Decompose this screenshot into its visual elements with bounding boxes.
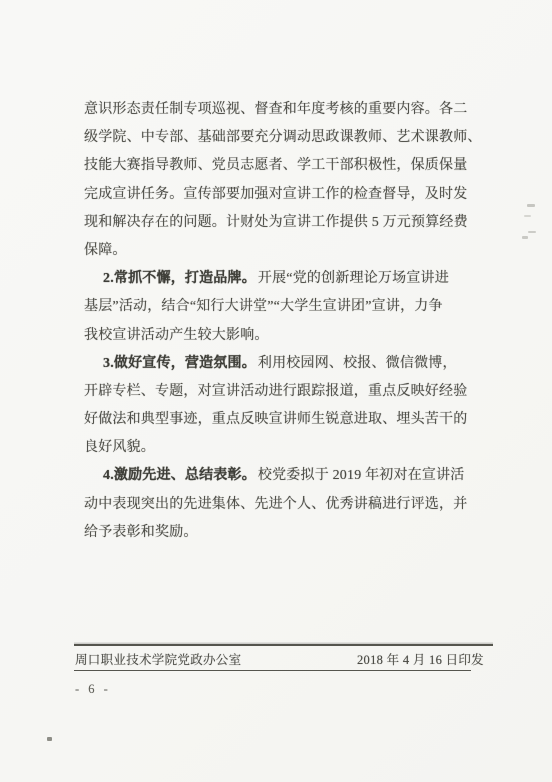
line-text: 现和解决存在的问题。计财处为宣讲工作提供 5 万元预算经费 (84, 215, 468, 230)
text-line: 给予表彰和奖励。 (82, 519, 484, 547)
footer-print-date: 2018 年 4 月 16 日印发 (357, 650, 484, 668)
line-text: 技能大赛指导教师、党员志愿者、学工干部积极性，保质保量 (84, 158, 467, 173)
line-text: 我校宣讲活动产生较大影响。 (84, 328, 269, 343)
page-number: - 6 - (75, 682, 111, 697)
line-text: 动中表现突出的先进集体、先进个人、优秀讲稿进行评选，并 (84, 497, 467, 512)
text-line: 级学院、中专部、基础部要充分调动思政课教师、艺术课教师、 (82, 124, 484, 152)
line-text: 利用校园网、校报、微信微博， (258, 356, 457, 371)
text-line: 我校宣讲活动产生较大影响。 (82, 322, 484, 350)
text-line: 现和解决存在的问题。计财处为宣讲工作提供 5 万元预算经费 (82, 209, 484, 237)
line-text: 意识形态责任制专项巡视、督查和年度考核的重要内容。各二 (84, 102, 467, 117)
line-text: 给予表彰和奖励。 (84, 525, 198, 540)
scan-artifact (527, 204, 535, 207)
scan-artifact (522, 236, 528, 239)
scan-artifact (47, 737, 52, 741)
document-page: 意识形态责任制专项巡视、督查和年度考核的重要内容。各二级学院、中专部、基础部要充… (0, 0, 552, 782)
line-bold-lead: 3.做好宣传，营造氛围。 (103, 356, 256, 371)
line-text: 良好风貌。 (84, 440, 155, 455)
line-text: 开展“党的创新理论万场宣讲进 (258, 271, 449, 286)
document-body: 意识形态责任制专项巡视、督查和年度考核的重要内容。各二级学院、中专部、基础部要充… (82, 96, 484, 547)
line-text: 好做法和典型事迹，重点反映宣讲师生锐意进取、埋头苦干的 (84, 412, 467, 427)
text-line: 好做法和典型事迹，重点反映宣讲师生锐意进取、埋头苦干的 (82, 406, 484, 434)
text-line: 3.做好宣传，营造氛围。利用校园网、校报、微信微博， (82, 350, 484, 378)
text-line: 意识形态责任制专项巡视、督查和年度考核的重要内容。各二 (82, 96, 484, 124)
text-line: 动中表现突出的先进集体、先进个人、优秀讲稿进行评选，并 (82, 491, 484, 519)
footer-top-rule (74, 644, 493, 646)
line-text: 级学院、中专部、基础部要充分调动思政课教师、艺术课教师、 (84, 130, 482, 145)
footer-issuing-office: 周口职业技术学院党政办公室 (75, 650, 241, 668)
line-text: 校党委拟于 2019 年初对在宣讲活 (258, 468, 465, 483)
text-line: 保障。 (82, 237, 484, 265)
line-bold-lead: 2.常抓不懈，打造品牌。 (103, 271, 256, 286)
text-line: 完成宣讲任务。宣传部要加强对宣讲工作的检查督导，及时发 (82, 181, 484, 209)
footer-bottom-rule (74, 670, 471, 671)
text-line: 2.常抓不懈，打造品牌。开展“党的创新理论万场宣讲进 (82, 265, 484, 293)
line-text: 基层”活动，结合“知行大讲堂”“大学生宣讲团”宣讲，力争 (84, 299, 443, 314)
line-text: 开辟专栏、专题，对宣讲活动进行跟踪报道，重点反映好经验 (84, 384, 467, 399)
text-line: 基层”活动，结合“知行大讲堂”“大学生宣讲团”宣讲，力争 (82, 293, 484, 321)
line-text: 完成宣讲任务。宣传部要加强对宣讲工作的检查督导，及时发 (84, 187, 467, 202)
text-line: 开辟专栏、专题，对宣讲活动进行跟踪报道，重点反映好经验 (82, 378, 484, 406)
text-line: 良好风貌。 (82, 434, 484, 462)
scan-artifact (524, 215, 531, 217)
scan-artifact (528, 231, 536, 233)
line-bold-lead: 4.激励先进、总结表彰。 (103, 468, 256, 483)
text-line: 技能大赛指导教师、党员志愿者、学工干部积极性，保质保量 (82, 152, 484, 180)
text-line: 4.激励先进、总结表彰。校党委拟于 2019 年初对在宣讲活 (82, 462, 484, 490)
line-text: 保障。 (84, 243, 127, 258)
